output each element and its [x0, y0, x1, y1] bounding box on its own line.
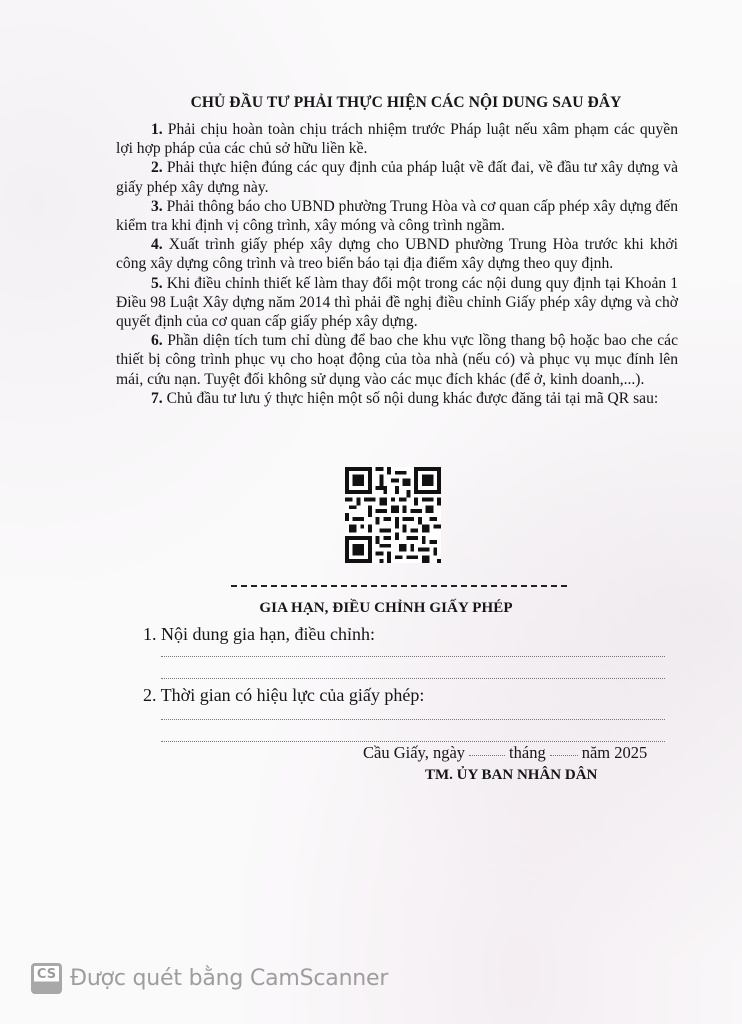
day-blank [469, 755, 505, 756]
watermark-text: Được quét bằng CamScanner [70, 966, 388, 991]
item-number: 3. [151, 198, 163, 215]
section-divider [231, 585, 567, 587]
item-text: Chủ đầu tư lưu ý thực hiện một số nội du… [167, 390, 659, 407]
month-label: tháng [509, 743, 546, 762]
item-number: 6. [151, 332, 163, 349]
scanned-document-page: CHỦ ĐẦU TƯ PHẢI THỰC HIỆN CÁC NỘI DUNG S… [0, 0, 742, 1024]
list-item: 4. Xuất trình giấy phép xây dựng cho UBN… [116, 235, 678, 273]
camscanner-watermark: CS Được quét bằng CamScanner [31, 963, 388, 994]
obligations-list: 1. Phải chịu hoàn toàn chịu trách nhiệm … [116, 120, 678, 408]
validity-period-line-2 [161, 741, 665, 742]
signature-place-date: Cầu Giấy, ngàythángnăm 2025 [363, 743, 647, 763]
item-number: 7. [151, 390, 163, 407]
validity-period-line-1 [161, 719, 665, 720]
list-item: 1. Phải chịu hoàn toàn chịu trách nhiệm … [116, 120, 678, 158]
list-item: 5. Khi điều chỉnh thiết kế làm thay đổi … [116, 274, 678, 332]
month-blank [550, 755, 578, 756]
main-heading: CHỦ ĐẦU TƯ PHẢI THỰC HIỆN CÁC NỘI DUNG S… [35, 94, 742, 112]
list-item: 3. Phải thông báo cho UBND phường Trung … [116, 197, 678, 235]
item-text: Phải chịu hoàn toàn chịu trách nhiệm trư… [116, 121, 678, 157]
item-text: Phần diện tích tum chỉ dùng để bao che k… [116, 332, 678, 387]
item-text: Phải thông báo cho UBND phường Trung Hòa… [116, 198, 678, 234]
renewal-content-line-2 [161, 678, 665, 679]
qr-code-icon [345, 467, 441, 563]
validity-period-label: 2. Thời gian có hiệu lực của giấy phép: [143, 685, 424, 706]
item-text: Phải thực hiện đúng các quy định của phá… [116, 159, 678, 195]
item-number: 2. [151, 159, 163, 176]
list-item: 6. Phần diện tích tum chỉ dùng để bao ch… [116, 331, 678, 389]
item-number: 5. [151, 275, 163, 292]
signatory-title: TM. ỦY BAN NHÂN DÂN [425, 767, 597, 784]
item-number: 4. [151, 236, 163, 253]
place-day-label: Cầu Giấy, ngày [363, 743, 465, 762]
item-number: 1. [151, 121, 163, 138]
list-item: 7. Chủ đầu tư lưu ý thực hiện một số nội… [116, 389, 678, 408]
renewal-content-line-1 [161, 656, 665, 657]
camscanner-logo-icon: CS [31, 963, 62, 994]
list-item: 2. Phải thực hiện đúng các quy định của … [116, 158, 678, 196]
item-text: Khi điều chỉnh thiết kế làm thay đổi một… [116, 275, 678, 330]
renewal-heading: GIA HẠN, ĐIỀU CHỈNH GIẤY PHÉP [15, 600, 742, 617]
item-text: Xuất trình giấy phép xây dựng cho UBND p… [116, 236, 678, 272]
year-label: năm 2025 [582, 743, 648, 762]
renewal-content-label: 1. Nội dung gia hạn, điều chỉnh: [143, 624, 375, 645]
